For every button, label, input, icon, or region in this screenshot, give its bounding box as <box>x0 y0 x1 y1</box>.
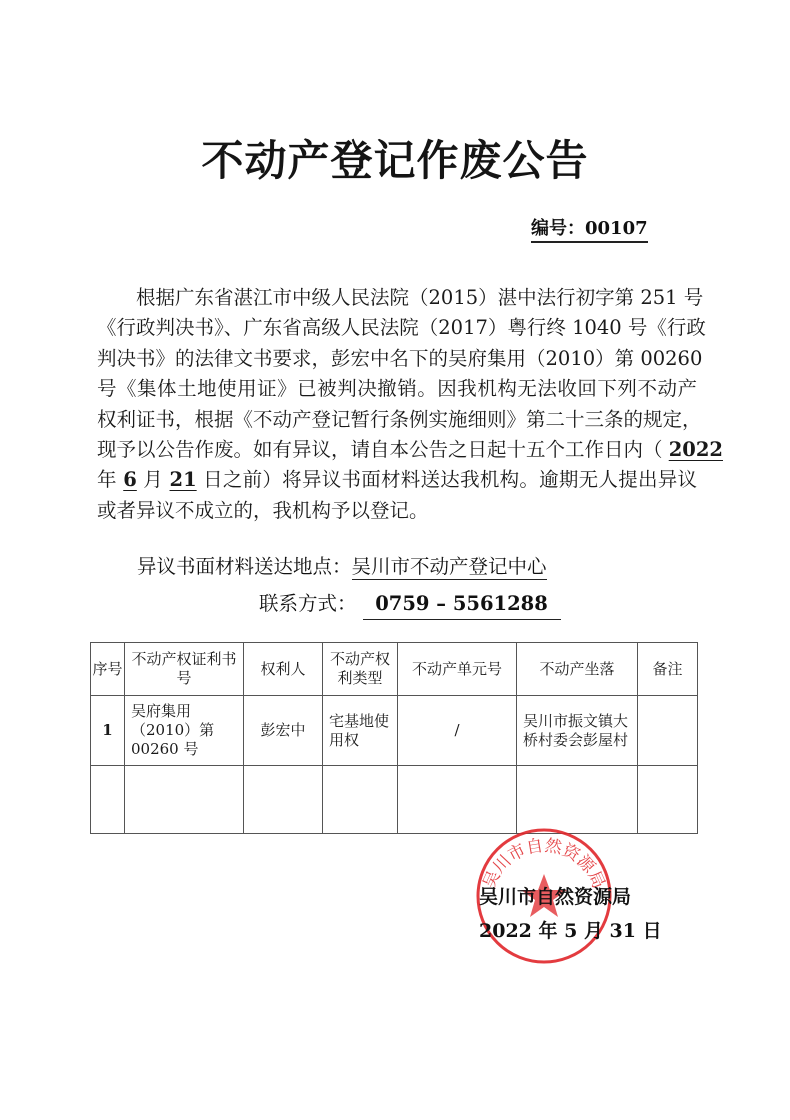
cell-right-type: 宅基地使用权 <box>323 696 398 766</box>
header-holder: 权利人 <box>244 643 323 696</box>
objection-address-value: 吴川市不动产登记中心 <box>352 555 547 580</box>
header-unit-no: 不动产单元号 <box>398 643 517 696</box>
deadline-month: 6 <box>123 468 137 491</box>
body-line-2: 《行政判决书》、广东省高级人民法院（2017）粤行终 1040 号《行政 <box>97 313 697 343</box>
deadline-year: 2022 <box>669 438 723 461</box>
objection-address-label: 异议书面材料送达地点： <box>137 555 352 578</box>
deadline-day-suffix: 日之前）将异议书面材料送达我机构。逾期无人提出异议 <box>203 468 697 491</box>
issuer-name: 吴川市自然资源局 <box>479 880 662 914</box>
table-header-row: 序号 不动产权证利书号 权利人 不动产权利类型 不动产单元号 不动产坐落 备注 <box>91 643 698 696</box>
cell-holder: 彭宏中 <box>244 696 323 766</box>
body-line-7: 年 6 月 21 日之前）将异议书面材料送达我机构。逾期无人提出异议 <box>97 465 697 495</box>
cell-remarks <box>638 696 698 766</box>
issue-date: 2022 年 5 月 31 日 <box>479 914 662 948</box>
cell-certificate-no: 吴府集用（2010）第 00260 号 <box>125 696 244 766</box>
body-line-8: 或者异议不成立的，我机构予以登记。 <box>97 496 697 526</box>
table-row <box>91 766 698 834</box>
deadline-year-suffix: 年 <box>97 468 123 491</box>
property-table: 序号 不动产权证利书号 权利人 不动产权利类型 不动产单元号 不动产坐落 备注 … <box>90 642 698 834</box>
header-certificate-no: 不动产权证利书号 <box>125 643 244 696</box>
contact-info: 联系方式：0759 – 5561288 <box>259 590 561 620</box>
body-line-3: 判决书》的法律文书要求，彭宏中名下的吴府集用（2010）第 00260 <box>97 344 697 374</box>
cell-remarks <box>638 766 698 834</box>
cell-location: 吴川市振文镇大桥村委会彭屋村 <box>517 696 638 766</box>
body-line-5: 权利证书，根据《不动产登记暂行条例实施细则》第二十三条的规定， <box>97 405 697 435</box>
contact-label: 联系方式： <box>259 592 357 615</box>
cell-certificate-no <box>125 766 244 834</box>
deadline-day: 21 <box>170 468 197 491</box>
cell-location <box>517 766 638 834</box>
cell-index <box>91 766 125 834</box>
body-line-6-text: 现予以公告作废。如有异议，请自本公告之日起十五个工作日内（ <box>97 438 663 461</box>
document-number-label: 编号： <box>531 218 585 239</box>
announcement-body: 根据广东省湛江市中级人民法院（2015）湛中法行初字第 251 号 《行政判决书… <box>97 283 697 526</box>
cell-unit-no: / <box>398 696 517 766</box>
body-line-1: 根据广东省湛江市中级人民法院（2015）湛中法行初字第 251 号 <box>97 283 697 313</box>
header-right-type: 不动产权利类型 <box>323 643 398 696</box>
header-location: 不动产坐落 <box>517 643 638 696</box>
page-title: 不动产登记作废公告 <box>0 128 790 188</box>
deadline-month-suffix: 月 <box>143 468 169 491</box>
header-index: 序号 <box>91 643 125 696</box>
document-number-value: 00107 <box>585 218 648 239</box>
cell-right-type <box>323 766 398 834</box>
cell-index: 1 <box>91 696 125 766</box>
objection-address: 异议书面材料送达地点：吴川市不动产登记中心 <box>137 553 547 581</box>
cell-holder <box>244 766 323 834</box>
table-row: 1 吴府集用（2010）第 00260 号 彭宏中 宅基地使用权 / 吴川市振文… <box>91 696 698 766</box>
contact-phone: 0759 – 5561288 <box>363 590 561 620</box>
issuer-block: 吴川市自然资源局 2022 年 5 月 31 日 <box>479 880 662 948</box>
body-line-4: 号《集体土地使用证》已被判决撤销。因我机构无法收回下列不动产 <box>97 374 697 404</box>
body-line-6: 现予以公告作废。如有异议，请自本公告之日起十五个工作日内（ 2022 <box>97 435 697 465</box>
header-remarks: 备注 <box>638 643 698 696</box>
cell-unit-no <box>398 766 517 834</box>
document-number: 编号：00107 <box>531 218 648 243</box>
